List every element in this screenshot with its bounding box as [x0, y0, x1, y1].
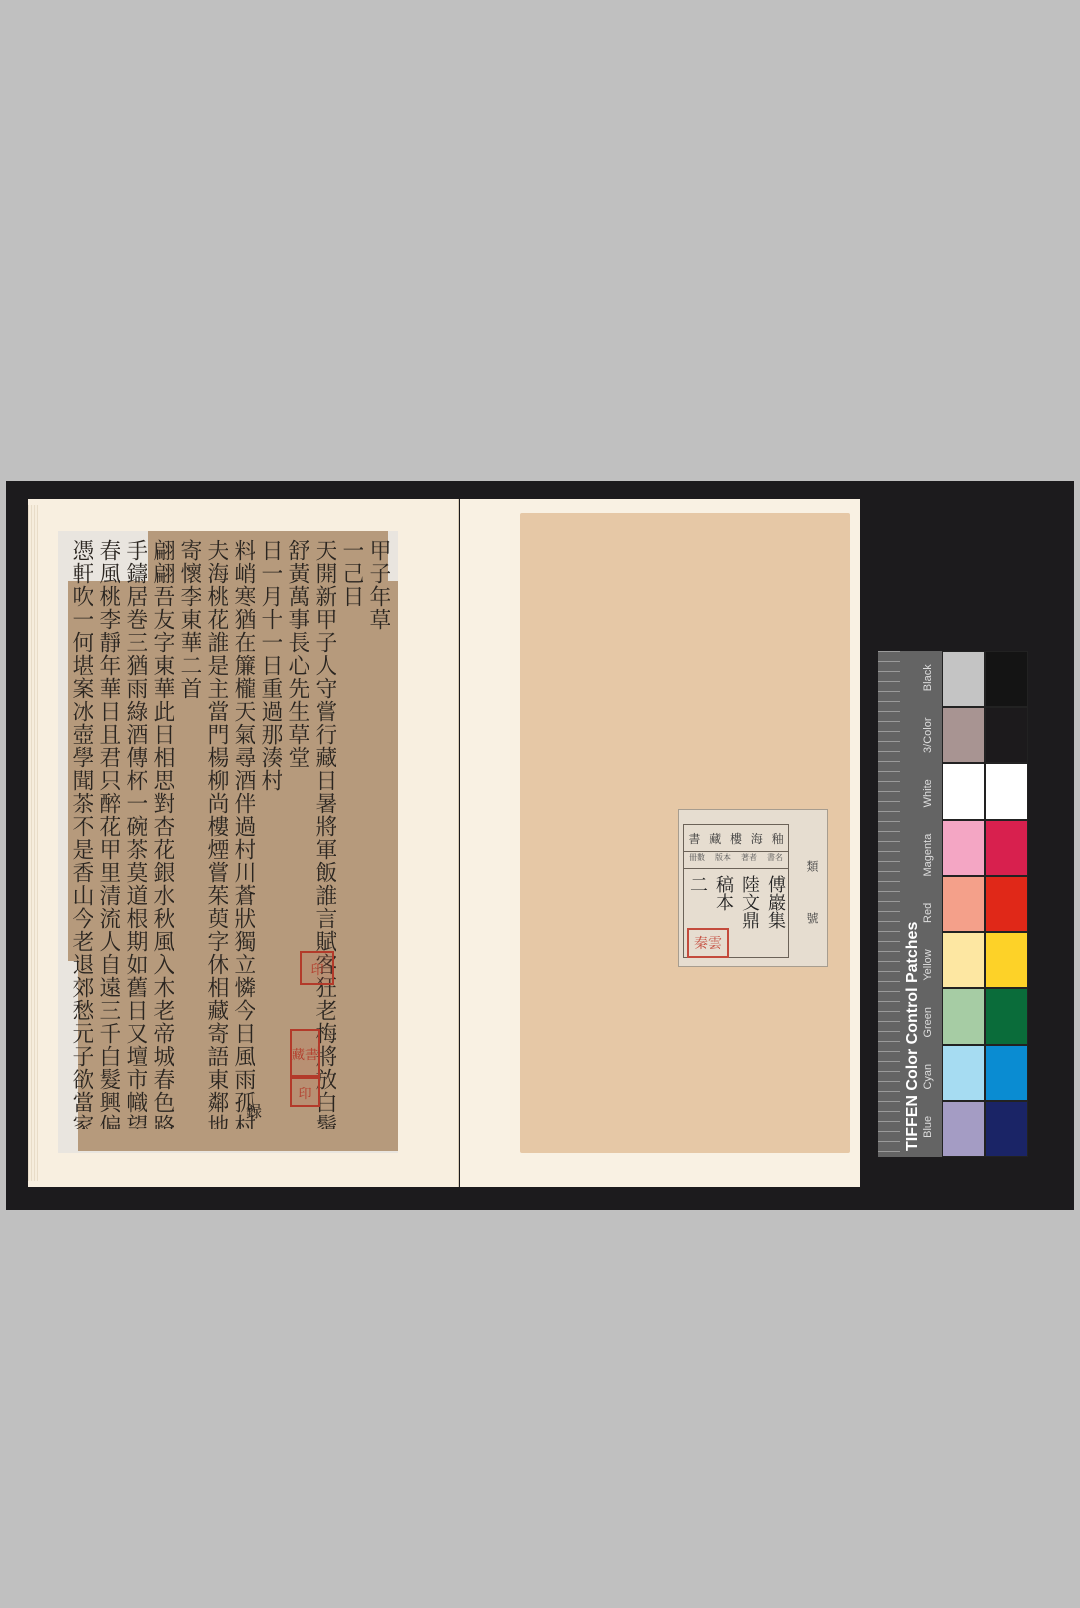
right-page: 書 藏 樓 海 釉 書名 著者 版本 冊數 傅巖集 陸文鼎 [460, 499, 860, 1187]
field-author: 著者 [741, 852, 757, 868]
patch-blue [942, 1101, 1028, 1157]
patch-names: Blue Cyan Green Yellow Red Magenta White… [922, 651, 934, 1151]
patch-3color [942, 707, 1028, 763]
red-seal: 藏書 [290, 1029, 320, 1077]
text-column: 春風桃李靜年華日且君只醉花甲里清流人自遠三千白髮興偏賒 [97, 539, 120, 1129]
text-column: 翩翩吾友字東華此日相思對杏花銀水秋風入木老帝城春色路非賒 [151, 539, 174, 1129]
field-volumes: 冊數 [689, 852, 705, 868]
ruler: TIFFEN Color Control Patches Blue Cyan G… [878, 651, 942, 1157]
patch-name: White [922, 779, 934, 807]
patch-black [942, 651, 1028, 707]
endpaper: 書 藏 樓 海 釉 書名 著者 版本 冊數 傅巖集 陸文鼎 [520, 513, 850, 1153]
header-char: 樓 [730, 830, 742, 847]
header-char: 海 [751, 830, 763, 847]
label-fields: 書名 著者 版本 冊數 [683, 851, 789, 869]
patch-name: Blue [922, 1116, 934, 1138]
patch-name: Green [922, 1007, 934, 1038]
text-column: 憑軒吹一何堪案冰壺學聞茶不是香山今老退郊愁元子欲當家 [70, 539, 93, 1129]
patch-name: Red [922, 903, 934, 923]
text-column: 甲子年草 [367, 539, 390, 1129]
open-book: 甲子年草 一己日 天開新甲子人守嘗行藏日暑將軍飯誰言賦客狂老梅將放白鬚柳欲 舒黃… [28, 499, 860, 1187]
patch-name: Cyan [922, 1064, 934, 1090]
patch-cyan [942, 1045, 1028, 1101]
manuscript-text: 甲子年草 一己日 天開新甲子人守嘗行藏日暑將軍飯誰言賦客狂老梅將放白鬚柳欲 舒黃… [70, 539, 390, 1129]
text-column: 一己日 [340, 539, 363, 1129]
text-column: 手鑄居巻三猶雨綠酒傳杯一碗茶莫道根期如舊日又壇市幟望誰家 [124, 539, 147, 1129]
red-seal: 印 [300, 951, 334, 985]
label-header: 書 藏 樓 海 釉 [683, 824, 789, 852]
patch-name: Black [922, 664, 934, 691]
patch-name: Yellow [922, 949, 934, 980]
patch-yellow [942, 932, 1028, 988]
label-category: 類號 [804, 860, 821, 964]
category-char: 類 [805, 860, 819, 912]
header-char: 書 [688, 830, 700, 847]
patch-red [942, 876, 1028, 932]
text-column: 料峭寒猶在簾櫳天氣尋酒伴過村川蒼狀獨立憐今日風雨孤村記昔年 [232, 539, 255, 1129]
patch-magenta [942, 820, 1028, 876]
number-char: 號 [805, 912, 819, 964]
value-title: 傅巖集 [762, 869, 788, 957]
color-patches [942, 651, 1028, 1157]
footer-char: 録 [246, 1099, 262, 1122]
text-column: 寄懷李東華二首 [178, 539, 201, 1129]
field-edition: 版本 [715, 852, 731, 868]
page-edges [28, 505, 38, 1181]
chart-brand: TIFFEN Color Control Patches [904, 922, 922, 1151]
text-column: 日一月十一日重過那湊村 [259, 539, 282, 1129]
ruler-ticks [878, 651, 900, 1157]
patch-white [942, 763, 1028, 819]
header-char: 釉 [772, 830, 784, 847]
library-label: 書 藏 樓 海 釉 書名 著者 版本 冊數 傅巖集 陸文鼎 [678, 809, 828, 967]
patch-name: 3/Color [922, 717, 934, 752]
text-column: 夫海桃花誰是主當門楊柳尚樓煙嘗茱萸字休相藏寄語東鄰地亦偏 [205, 539, 228, 1129]
patch-name: Magenta [922, 834, 934, 877]
value-author: 陸文鼎 [736, 869, 762, 957]
left-page: 甲子年草 一己日 天開新甲子人守嘗行藏日暑將軍飯誰言賦客狂老梅將放白鬚柳欲 舒黃… [28, 499, 459, 1187]
scan-background: 甲子年草 一己日 天開新甲子人守嘗行藏日暑將軍飯誰言賦客狂老梅將放白鬚柳欲 舒黃… [6, 481, 1074, 1210]
color-control-chart: TIFFEN Color Control Patches Blue Cyan G… [878, 651, 1028, 1157]
red-stamp: 秦雲 [687, 928, 729, 958]
red-seal: 印 [290, 1077, 320, 1107]
header-char: 藏 [709, 830, 721, 847]
field-title: 書名 [767, 852, 783, 868]
patch-green [942, 988, 1028, 1044]
